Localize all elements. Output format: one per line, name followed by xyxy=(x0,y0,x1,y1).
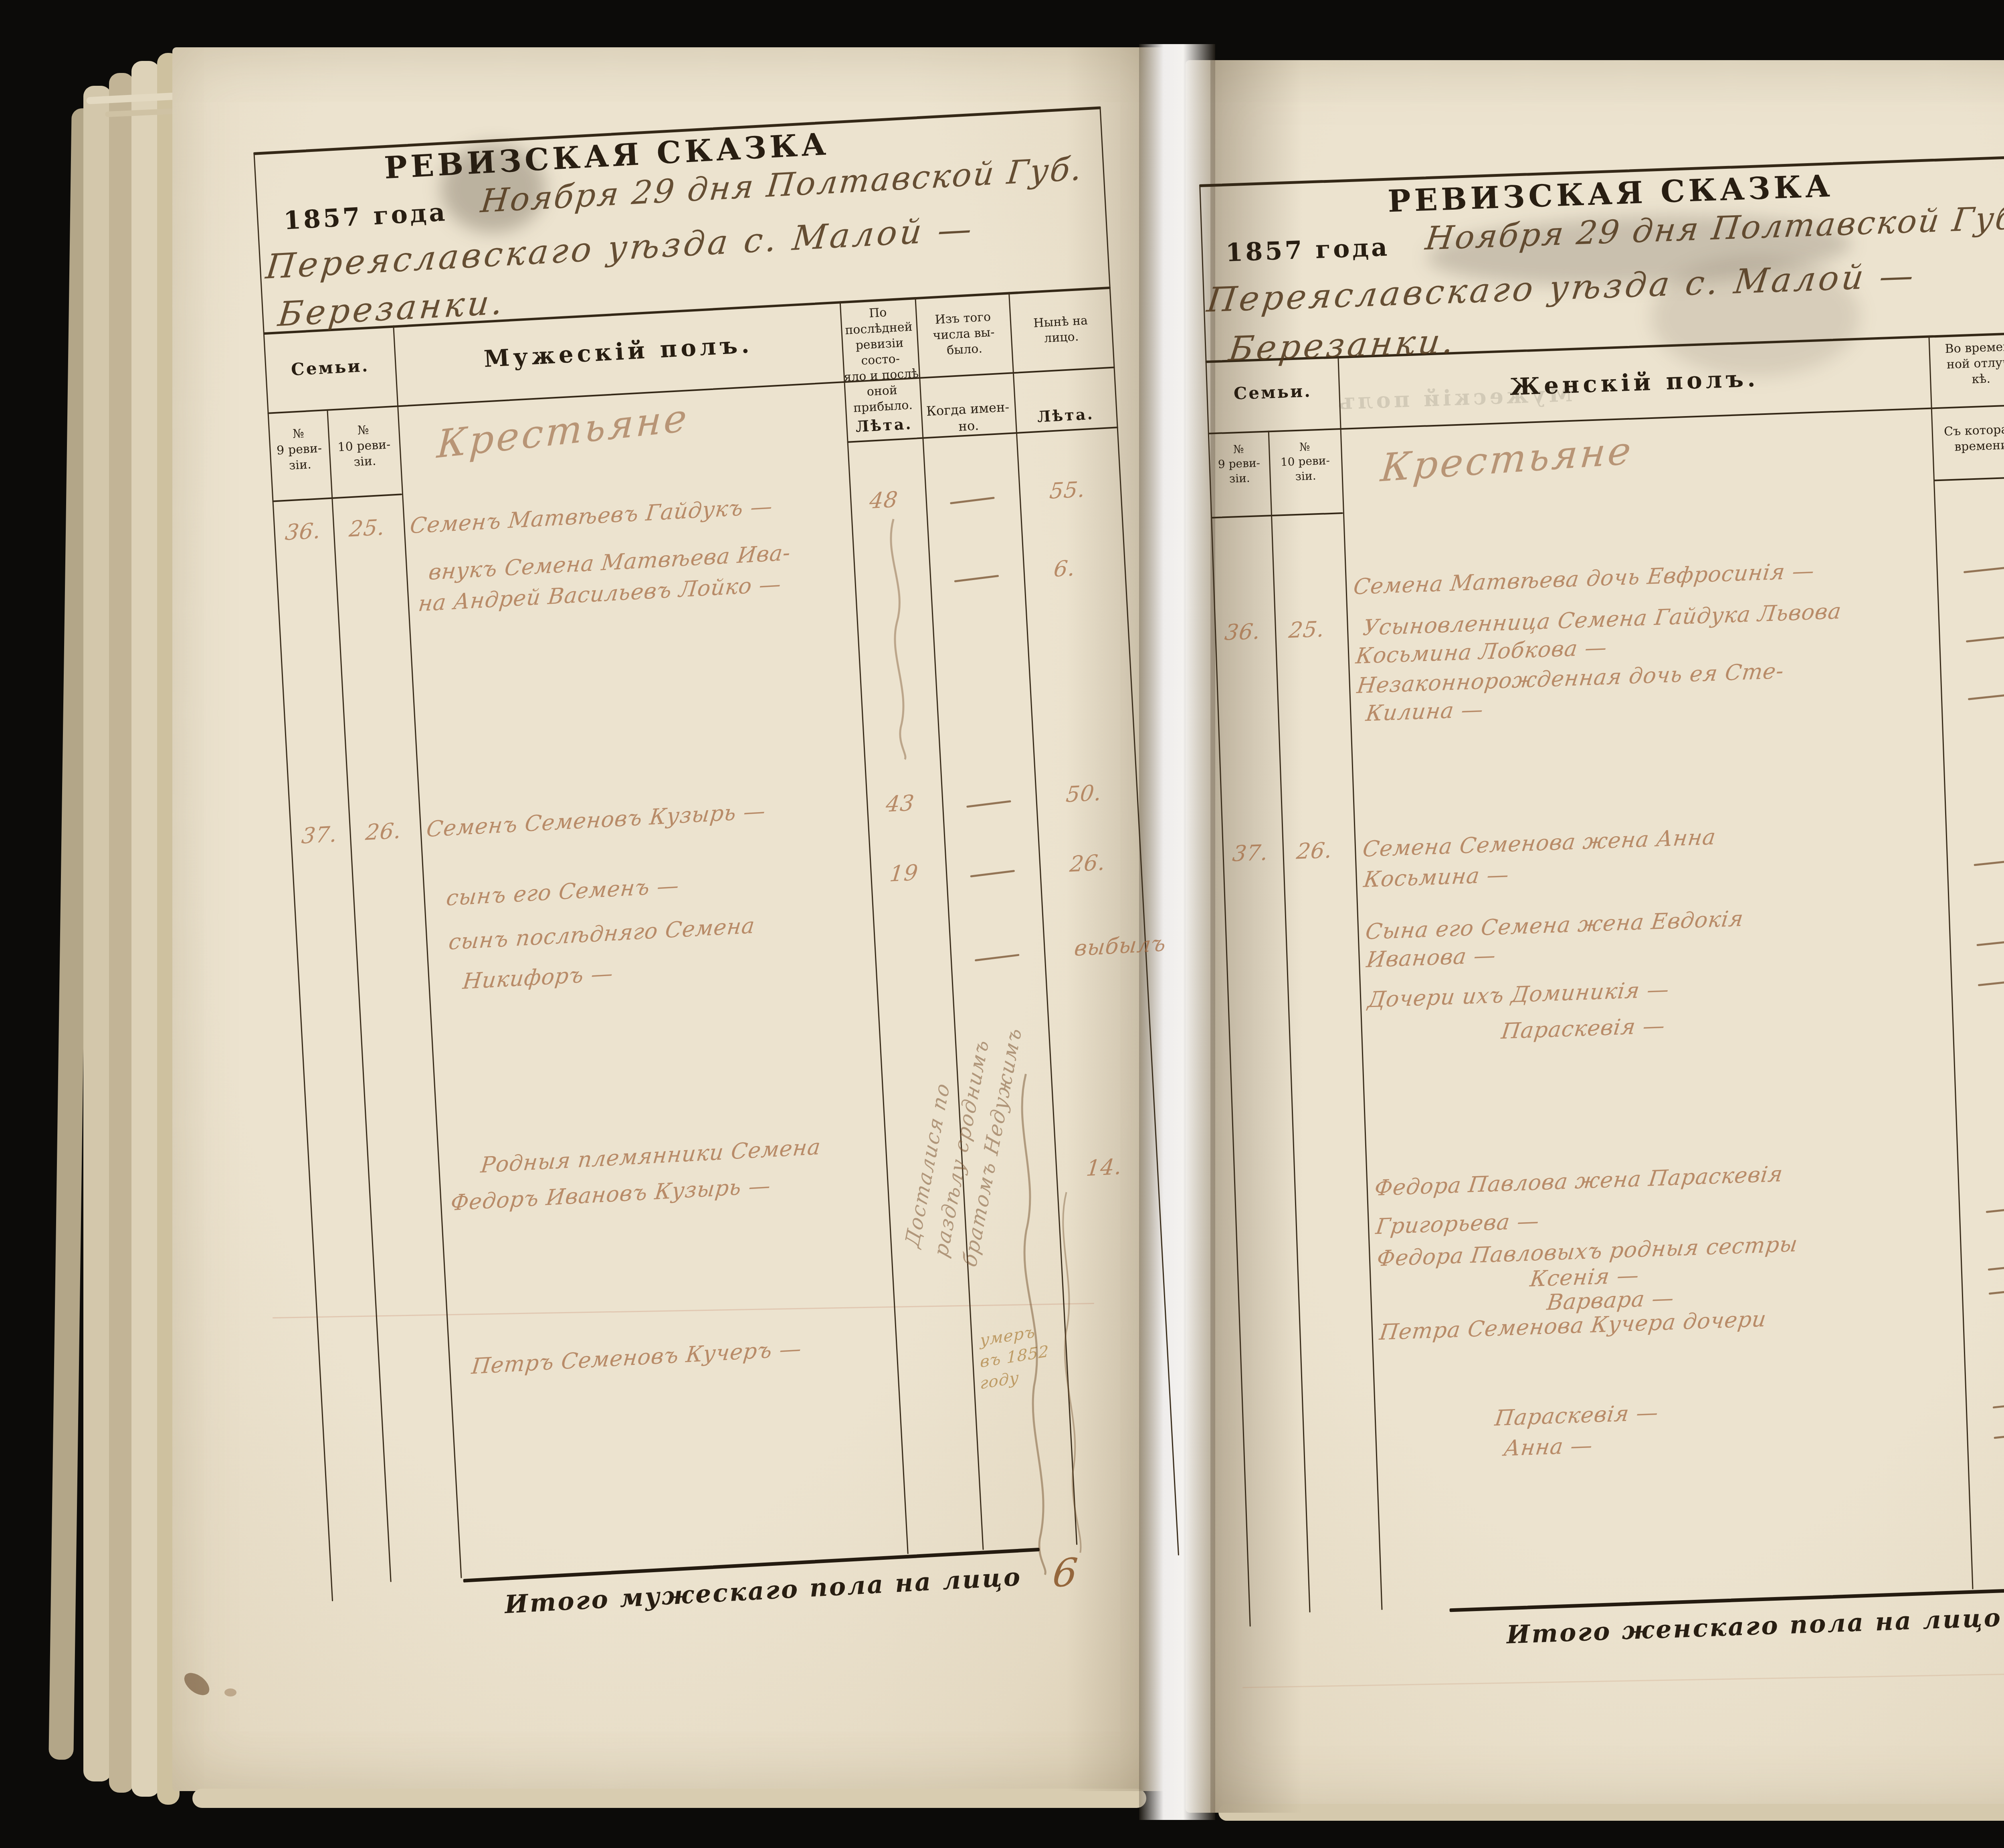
total-value: 6 xyxy=(1050,1549,1080,1596)
entry-name: Анна — xyxy=(1503,1432,1594,1461)
rev9-number: 36. xyxy=(284,518,322,545)
entry-name: Косьмина Лобкова — xyxy=(1355,635,1609,669)
blank-dash xyxy=(1986,1206,2004,1213)
table-line xyxy=(1208,400,2004,435)
table-line xyxy=(327,409,391,1582)
place-script-2: Березанки. xyxy=(1226,321,1459,369)
rev10-number: 25. xyxy=(348,514,386,542)
blank-dash xyxy=(1993,1402,2004,1409)
col-years-a: Лѣта. xyxy=(842,414,925,436)
entry-name: Григорьева — xyxy=(1374,1208,1541,1239)
table-line xyxy=(1211,512,1343,519)
blank-dash xyxy=(1988,1264,2004,1271)
entry-name: Никифоръ — xyxy=(462,960,614,994)
table-line xyxy=(915,297,984,1550)
table-line xyxy=(1268,431,1311,1612)
table-line xyxy=(1337,356,1382,1610)
blank-dash xyxy=(970,870,1015,877)
year-printed: 1857 года xyxy=(283,197,448,235)
entry-name: сынъ его Семенъ — xyxy=(445,873,680,911)
entry-name: Федоръ Ивановъ Кузырь — xyxy=(449,1173,772,1216)
place-script-2: Березанки. xyxy=(276,282,507,334)
age-present: выбылъ xyxy=(1073,930,1167,961)
age-present: 50. xyxy=(1065,780,1103,807)
blank-dash xyxy=(954,575,999,582)
page-stack-edge xyxy=(83,86,111,1781)
entry-name: Семена Семенова жена Анна xyxy=(1361,824,1717,862)
entry-name: сынъ послѣдняго Семена xyxy=(447,913,756,955)
col-rev10: № 10 реви- зіи. xyxy=(327,421,400,471)
entry-name: Килина — xyxy=(1365,697,1485,726)
decor xyxy=(1014,1074,1053,1575)
col-rev9: № 9 реви- зіи. xyxy=(269,425,330,475)
decor xyxy=(888,519,908,760)
page-stack-edge xyxy=(109,73,134,1793)
col-rev10: № 10 реви- зіи. xyxy=(1269,439,1342,485)
blank-dash xyxy=(1968,694,2004,700)
table-line xyxy=(1928,336,1973,1589)
rev10-number: 26. xyxy=(364,818,402,845)
blank-dash xyxy=(1976,940,2004,946)
left-form: РЕВИЗСКАЯ СКАЗКА 1857 года Ноября 29 дня… xyxy=(252,75,1184,1682)
blank-dash xyxy=(1966,636,2004,643)
ink-blot xyxy=(224,1688,236,1696)
entry-name: Петръ Семеновъ Кучеръ — xyxy=(471,1336,803,1379)
entry-name: Сына его Семена жена Евдокія xyxy=(1364,906,1745,944)
entry-name: Семенъ Матвѣевъ Гайдукъ — xyxy=(409,493,774,538)
entry-name: Иванова — xyxy=(1365,942,1497,973)
entry-name: Усыновленница Семена Гайдука Львова xyxy=(1362,598,1843,641)
page-stack-edge xyxy=(131,61,160,1797)
blank-dash xyxy=(1978,980,2004,987)
table-line xyxy=(272,493,402,502)
rev10-number: 25. xyxy=(1287,617,1326,643)
rev10-number: 26. xyxy=(1295,837,1334,864)
entry-name: Косьмина — xyxy=(1362,862,1511,892)
page-bottom-edge xyxy=(192,1789,1146,1808)
rev9-number: 37. xyxy=(300,821,338,849)
entry-name: Семена Матвѣева дочь Евфросинія — xyxy=(1352,558,1816,599)
age-present: 26. xyxy=(1069,849,1107,877)
total-label: Итого женскаго пола на лицо xyxy=(1506,1603,2003,1649)
year-printed: 1857 года xyxy=(1225,233,1390,267)
entry-name: Параскевія — xyxy=(1500,1013,1667,1044)
blank-dash xyxy=(1964,566,2004,573)
archival-scan: Мужескій полъ РЕВИЗСКАЯ СКАЗКА 1857 года… xyxy=(0,0,2004,1848)
col-last-revision: По послѣдней ревизіи состо- яло и послѣ … xyxy=(836,303,924,417)
blank-dash xyxy=(1989,1288,2004,1295)
total-label: Итого мужескаго пола на лицо xyxy=(504,1562,1022,1619)
col-when: Когда имен- но. xyxy=(921,398,1016,437)
col-rev9: № 9 реви- зіи. xyxy=(1208,441,1270,487)
col-families: Семьи. xyxy=(1206,380,1339,404)
blank-dash xyxy=(1974,859,2004,866)
col-since: Съ котораго времени. xyxy=(1931,421,2004,456)
rev9-number: 37. xyxy=(1231,840,1270,866)
estate-script: Крестьяне xyxy=(436,395,690,467)
table-line xyxy=(1933,473,2004,481)
age-last-revision: 43 xyxy=(885,790,915,817)
col-present: Нынѣ на лицо. xyxy=(1010,311,1112,348)
entry-name: Параскевія — xyxy=(1493,1400,1660,1431)
age-present: 55. xyxy=(1048,477,1087,504)
col-departed: Изъ того числа вы- было. xyxy=(915,308,1012,360)
rev9-number: 36. xyxy=(1223,619,1262,645)
page-bottom-edge xyxy=(1218,1804,2004,1821)
blank-dash xyxy=(950,497,995,504)
col-male-sex: Мужескій полъ. xyxy=(394,326,842,377)
blank-dash xyxy=(966,800,1011,808)
entry-name: Семенъ Семеновъ Кузырь — xyxy=(425,798,767,842)
age-present: 14. xyxy=(1085,1154,1123,1181)
right-form: РЕВИЗСКАЯ СКАЗКА 1857 года Ноября 29 дня… xyxy=(1198,128,2004,1723)
col-families: Семьи. xyxy=(265,354,396,381)
entry-name: Родныя племянники Семена xyxy=(480,1134,822,1178)
age-present: 6. xyxy=(1053,555,1077,582)
col-away: Во времен- ной отлуч- кѣ. xyxy=(1929,338,2004,389)
col-years-b: Лѣта. xyxy=(1015,403,1117,427)
place-script: Переяславскаго уѣзда с. Малой — xyxy=(1205,255,1919,319)
entry-name: Дочери ихъ Доминикія — xyxy=(1366,977,1671,1013)
blank-dash xyxy=(1994,1432,2004,1439)
age-last-revision: 48 xyxy=(868,487,899,514)
blank-dash xyxy=(975,954,1020,962)
entry-name: Федора Павлова жена Параскевія xyxy=(1373,1161,1784,1201)
estate-script: Крестьяне xyxy=(1379,428,1635,490)
age-last-revision: 19 xyxy=(889,860,919,887)
col-female-sex: Женскій полъ. xyxy=(1338,359,1930,406)
illegible-flourish xyxy=(877,518,922,760)
